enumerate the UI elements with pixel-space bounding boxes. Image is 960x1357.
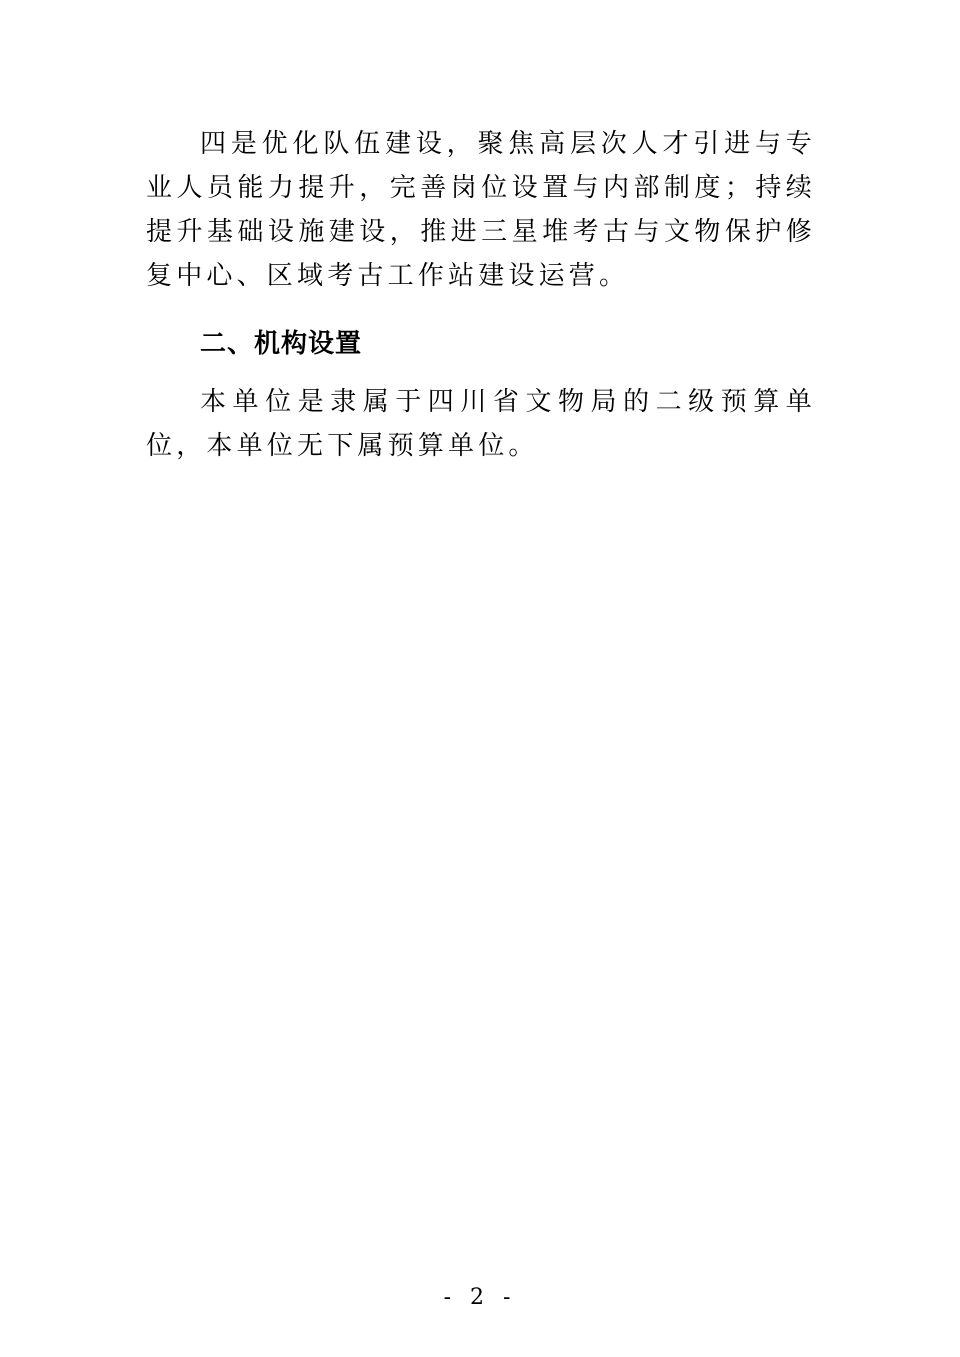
document-page: 四是优化队伍建设，聚焦高层次人才引进与专业人员能力提升，完善岗位设置与内部制度；…: [0, 0, 960, 1357]
section-heading-organization: 二、机构设置: [200, 322, 362, 366]
page-number: - 2 -: [0, 1283, 960, 1313]
body-paragraph-organization: 本单位是隶属于四川省文物局的二级预算单位，本单位无下属预算单位。: [146, 380, 816, 468]
body-paragraph-team-building: 四是优化队伍建设，聚焦高层次人才引进与专业人员能力提升，完善岗位设置与内部制度；…: [146, 122, 816, 298]
